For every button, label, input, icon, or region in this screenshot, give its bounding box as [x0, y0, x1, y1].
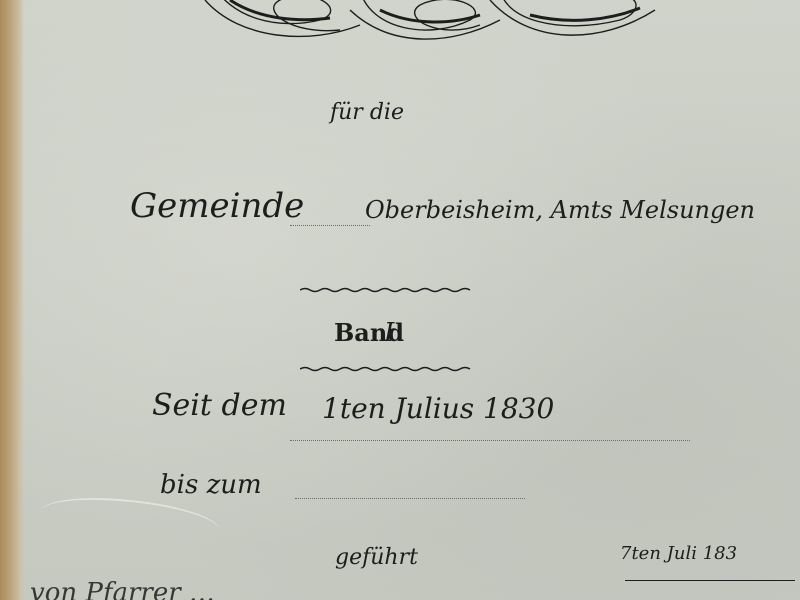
band-number: I — [384, 318, 394, 348]
margin-underline — [625, 580, 795, 581]
dotted-fill-line — [290, 440, 690, 441]
stained-page-edge — [0, 0, 24, 600]
seit-date-value: 1ten Julius 1830 — [322, 392, 554, 425]
wavy-rule-bottom — [300, 366, 475, 372]
gemeinde-label: Gemeinde — [130, 186, 304, 226]
calligraphic-flourish-icon — [200, 0, 660, 50]
bottom-partial-text: von Pfarrer … — [30, 578, 215, 600]
dotted-fill-line — [295, 498, 525, 499]
fuer-die-text: für die — [330, 100, 404, 125]
seit-dem-label: Seit dem — [152, 388, 287, 423]
wavy-rule-top — [300, 287, 475, 293]
gemeinde-value: Oberbeisheim, Amts Melsungen — [365, 196, 755, 224]
document-page: für die Gemeinde Oberbeisheim, Amts Mels… — [0, 0, 800, 600]
bis-zum-label: bis zum — [160, 470, 262, 500]
gefuehrt-label: geführt — [335, 545, 418, 570]
margin-date-note: 7ten Juli 183 — [620, 543, 737, 564]
dotted-fill-line — [290, 225, 370, 226]
